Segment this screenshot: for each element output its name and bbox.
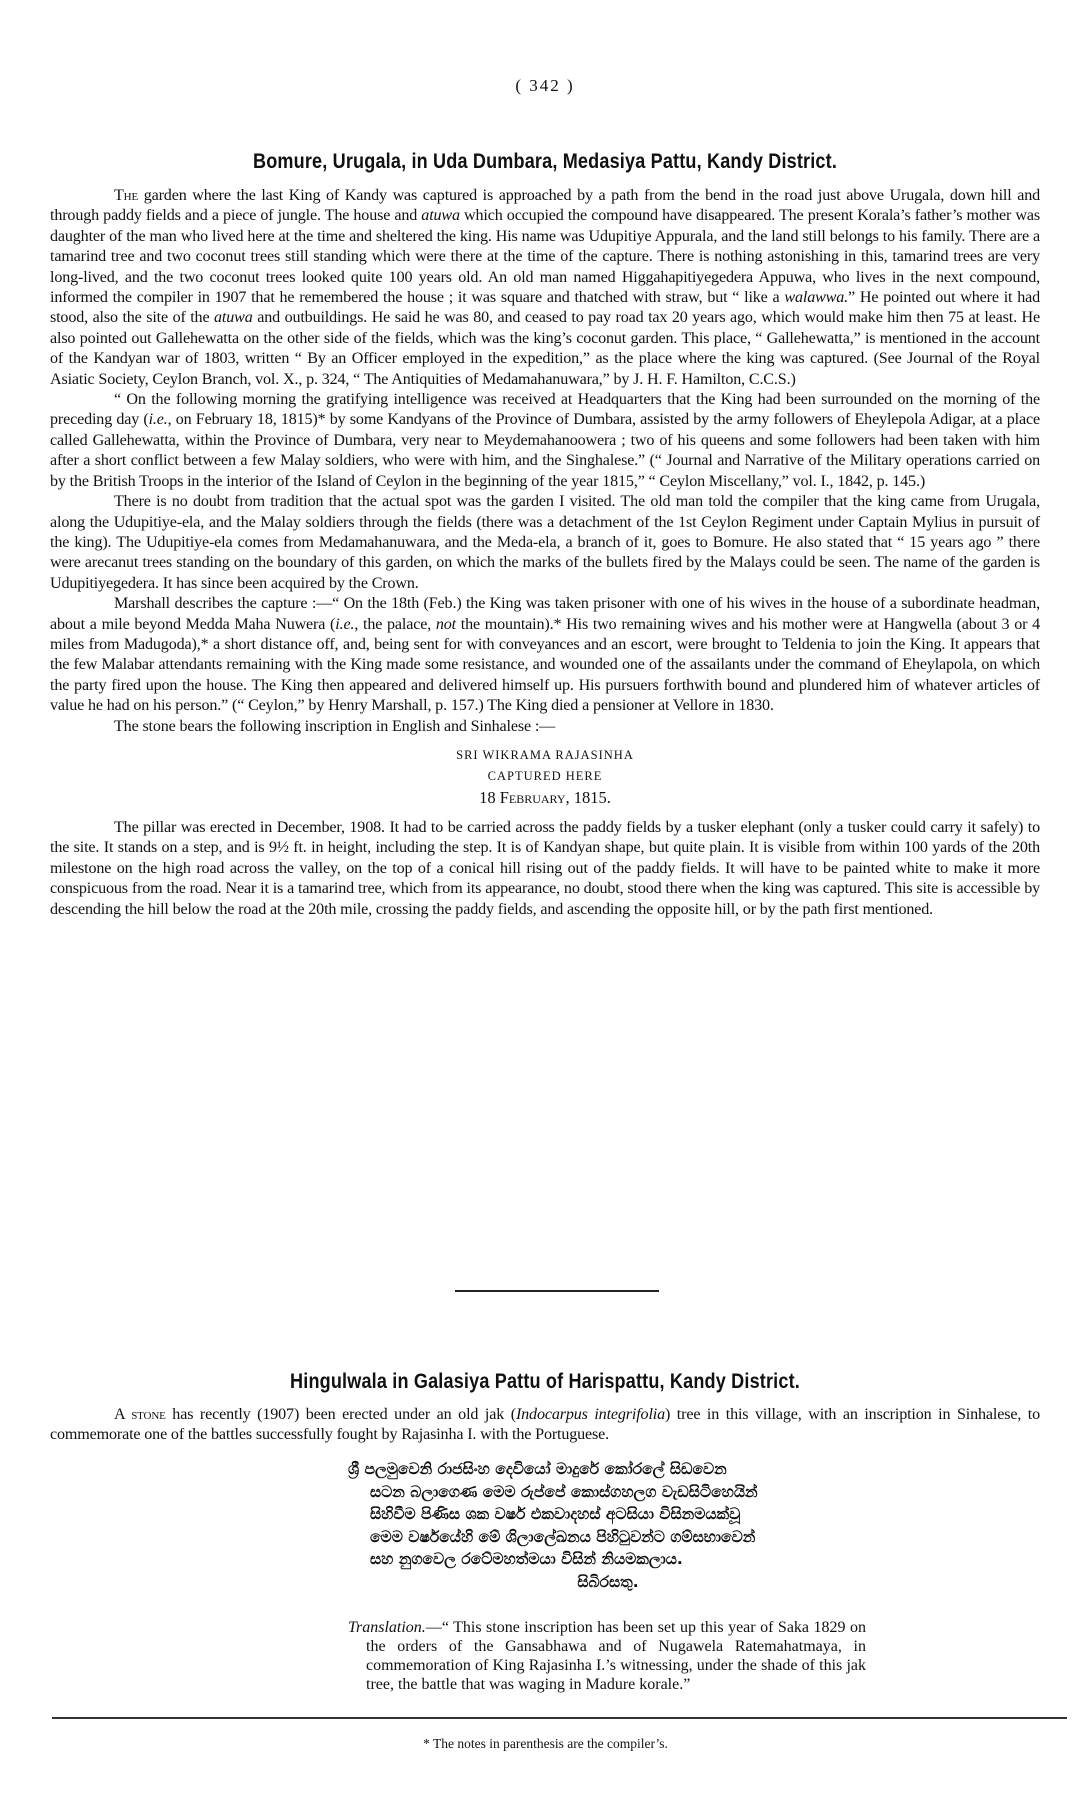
footnote-rule — [52, 1717, 1067, 1719]
sinhala-line: සටන බලාගෙණ මෙම රුප්පේ කොස්ගහලග වැඩසිටිහෙ… — [348, 1481, 868, 1504]
sinhala-line: සහ නුගවෙල රටේමහත්මයා විසින් නියමකලාය. — [348, 1548, 868, 1571]
paragraph: “ On the following morning the gratifyin… — [50, 390, 1040, 492]
text-run: , the palace, — [354, 616, 436, 633]
section-title-bomure: Bomure, Urugala, in Uda Dumbara, Medasiy… — [119, 150, 970, 174]
footnote: * The notes in parenthesis are the compi… — [0, 1736, 1091, 1752]
section-divider — [455, 1290, 659, 1292]
stone-inscription: SRI WIKRAMA RAJASINHA CAPTURED HERE 18 F… — [50, 745, 1040, 808]
sinhala-inscription: ශ්‍රී පලමුවෙනි රාජසිංහ දෙවියෝ මාදුරේ කෝර… — [348, 1458, 868, 1593]
italic-term: walawwa. — [784, 289, 848, 306]
sinhala-line: ශ්‍රී පලමුවෙනි රාජසිංහ දෙවියෝ මාදුරේ කෝර… — [348, 1458, 868, 1481]
paragraph: There is no doubt from tradition that th… — [50, 492, 1040, 594]
text-run: , on February 18, 1815)* by some Kandyan… — [50, 411, 1040, 489]
sinhala-line: මෙම වර්ෂයේහි මේ ශිලාලේඛනය පිහිටුවන්ට ගම්… — [348, 1526, 868, 1549]
italic-term: atuwa — [421, 207, 460, 224]
italic-term: Indocarpus integrifolia — [516, 1406, 665, 1423]
italic-term: i.e. — [149, 411, 168, 428]
paragraph: A stone has recently (1907) been erected… — [50, 1405, 1040, 1446]
section-title-hingulwala: Hingulwala in Galasiya Pattu of Harispat… — [119, 1370, 970, 1394]
paragraph: The pillar was erected in December, 1908… — [50, 818, 1040, 920]
page-number: ( 342 ) — [50, 76, 1040, 96]
paragraph: Marshall describes the capture :—“ On th… — [50, 594, 1040, 716]
paragraph: The stone bears the following inscriptio… — [50, 717, 1040, 737]
inscription-line: SRI WIKRAMA RAJASINHA — [50, 745, 1040, 766]
inscription-line: CAPTURED HERE — [50, 766, 1040, 787]
italic-term: not — [436, 616, 456, 633]
translation-label: Translation. — [348, 1619, 426, 1636]
section-body-bomure: The garden where the last King of Kandy … — [50, 186, 1040, 920]
text-run: , 1815. — [566, 788, 611, 807]
text-run: has recently (1907) been erected under a… — [166, 1406, 516, 1423]
sinhala-line: සිහිවීම පිණිස ශක වර්ෂ එකවාදහස් අටසියා වි… — [348, 1503, 868, 1526]
text-run: February — [500, 788, 566, 807]
paragraph: The garden where the last King of Kandy … — [50, 186, 1040, 390]
lead-word: A stone — [114, 1406, 166, 1423]
translation-block: Translation.—“ This stone inscription ha… — [348, 1618, 866, 1694]
inscription-date: 18 February, 1815. — [50, 787, 1040, 808]
sinhala-line: සිබිරසතු. — [348, 1571, 868, 1594]
italic-term: i.e. — [335, 616, 354, 633]
translation-paragraph: Translation.—“ This stone inscription ha… — [348, 1618, 866, 1694]
lead-word: The — [114, 187, 138, 204]
section-body-hingulwala: A stone has recently (1907) been erected… — [50, 1405, 1040, 1446]
text-run: 18 — [479, 788, 500, 807]
italic-term: atuwa — [214, 309, 253, 326]
translation-text: —“ This stone inscription has been set u… — [366, 1619, 866, 1693]
